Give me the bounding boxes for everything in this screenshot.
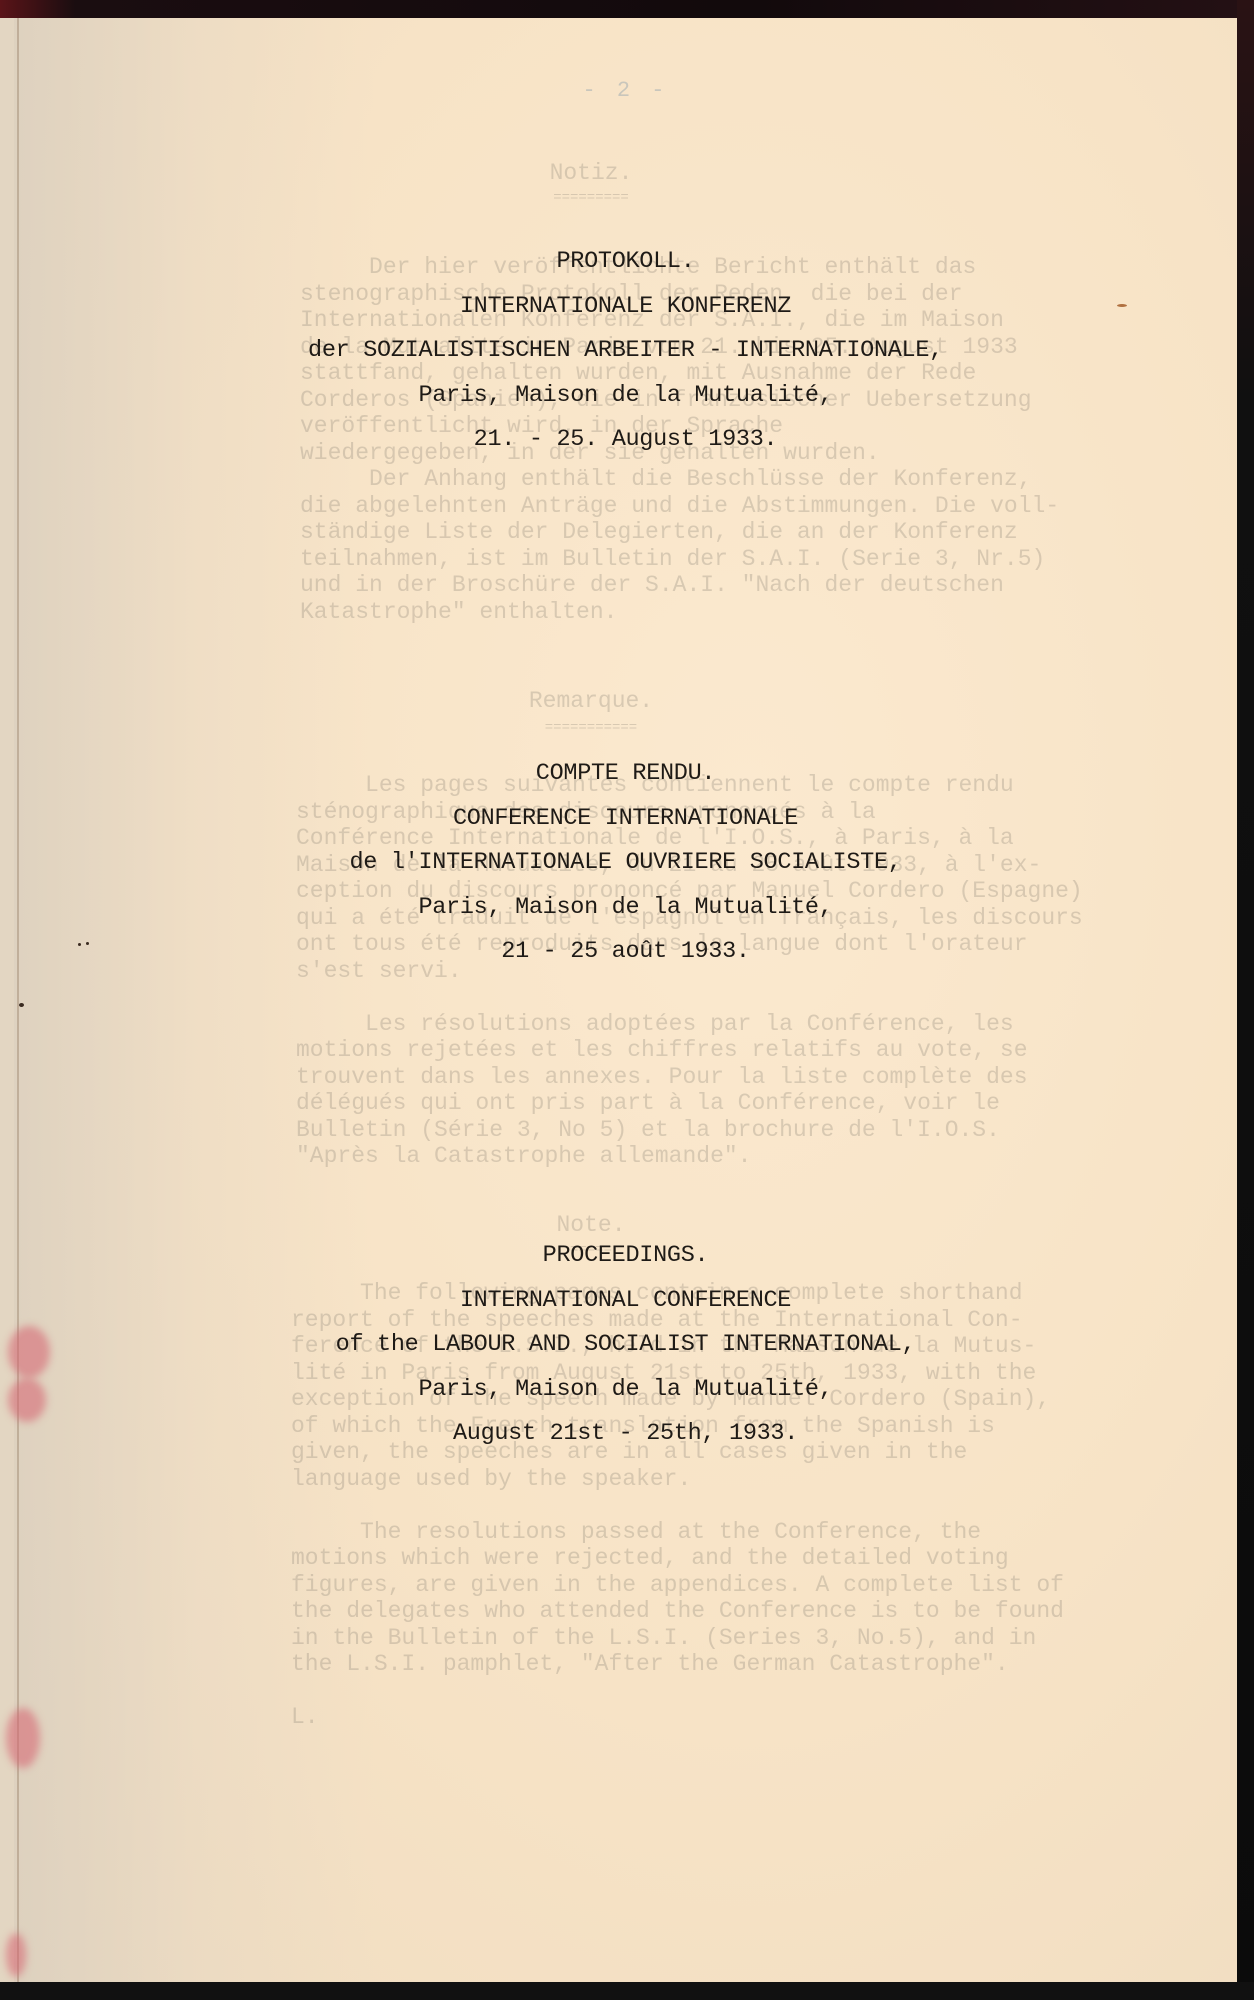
paper-speck <box>86 942 89 945</box>
title-line: Paris, Maison de la Mutualité, <box>14 1368 1237 1413</box>
title-line: 21 - 25 août 1933. <box>14 930 1237 975</box>
title-line: CONFERENCE INTERNATIONALE <box>14 797 1237 842</box>
ghost-heading-remarque: Remarque. <box>441 688 741 714</box>
title-block-french: COMPTE RENDU. CONFERENCE INTERNATIONALE … <box>14 752 1237 975</box>
title-heading: PROCEEDINGS. <box>14 1234 1237 1279</box>
title-heading: COMPTE RENDU. <box>14 752 1237 797</box>
red-stain <box>6 1933 26 1977</box>
document-page: - 2 - Notiz. ========= Der hier veröffen… <box>14 18 1237 1982</box>
title-line: of the LABOUR AND SOCIALIST INTERNATIONA… <box>14 1323 1237 1368</box>
scan-top-edge <box>0 0 1254 18</box>
page-number: - 2 - <box>14 78 1237 103</box>
scan-bottom-edge <box>0 1982 1254 2000</box>
scan-right-edge <box>1237 0 1254 2000</box>
title-line: INTERNATIONALE KONFERENZ <box>14 285 1237 330</box>
ghost-heading-notiz: Notiz. <box>441 160 741 186</box>
paper-speck <box>1117 304 1127 307</box>
title-line: der SOZIALISTISCHEN ARBEITER - INTERNATI… <box>14 329 1237 374</box>
adjacent-page-edge <box>0 18 14 1982</box>
title-line: 21. - 25. August 1933. <box>14 418 1237 463</box>
ghost-underline: =========== <box>441 720 741 736</box>
title-line: Paris, Maison de la Mutualité, <box>14 374 1237 419</box>
ghost-underline: ========= <box>441 190 741 206</box>
red-stain <box>6 1708 40 1768</box>
title-line: August 21st - 25th, 1933. <box>14 1412 1237 1457</box>
title-block-german: PROTOKOLL. INTERNATIONALE KONFERENZ der … <box>14 240 1237 463</box>
paper-speck <box>19 1003 24 1007</box>
title-line: de l'INTERNATIONALE OUVRIERE SOCIALISTE, <box>14 841 1237 886</box>
title-line: Paris, Maison de la Mutualité, <box>14 886 1237 931</box>
title-heading: PROTOKOLL. <box>14 240 1237 285</box>
title-line: INTERNATIONAL CONFERENCE <box>14 1279 1237 1324</box>
title-block-english: PROCEEDINGS. INTERNATIONAL CONFERENCE of… <box>14 1234 1237 1457</box>
paper-speck <box>78 943 81 946</box>
